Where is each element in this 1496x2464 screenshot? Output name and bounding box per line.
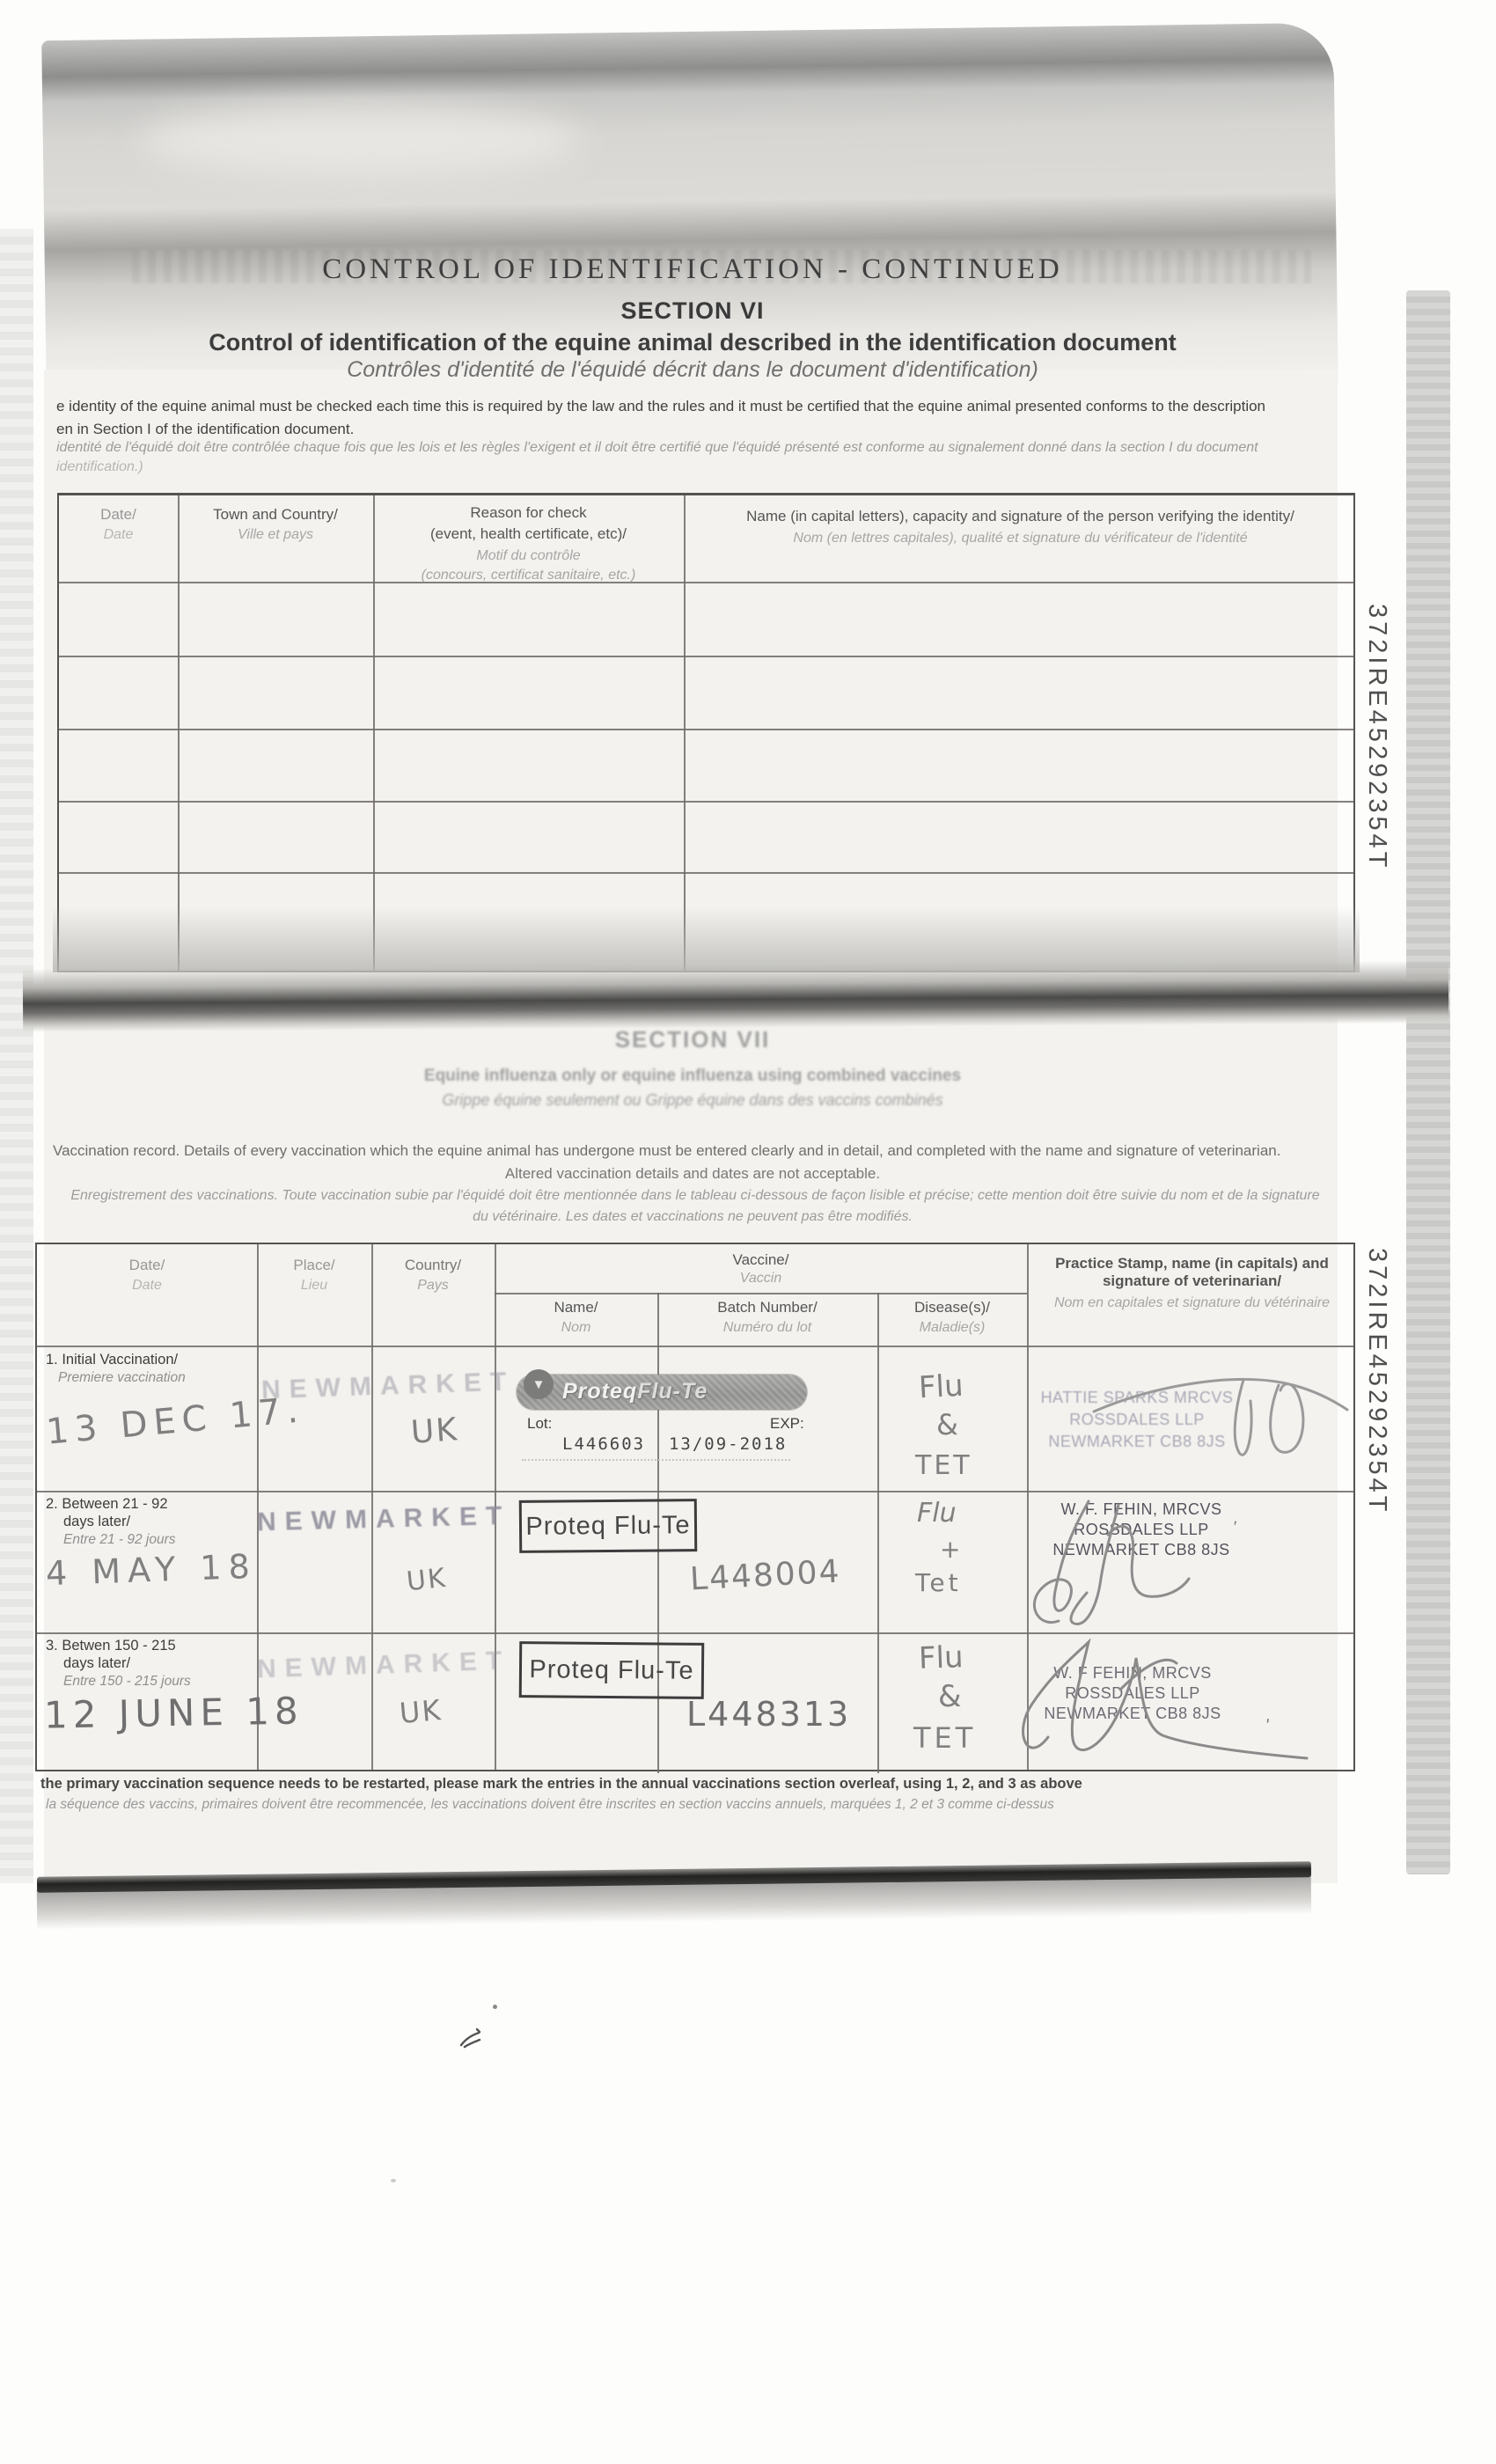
table-row-line: [37, 1346, 1353, 1347]
vaccination-table: Date/ Date Place/ Lieu Country/ Pays Vac…: [35, 1243, 1355, 1771]
row3-signature-scribble: [992, 1639, 1317, 1771]
section-vi-intro-fr-1: identité de l'équidé doit être contrôlée…: [56, 440, 1258, 456]
row1-disease-line1: Flu: [918, 1368, 964, 1406]
row1-place-stamp: NEWMARKET: [260, 1368, 481, 1406]
row3-vaccine-stamp-box: Proteq Flu-Te: [519, 1641, 705, 1699]
section-vi-intro-en-2: en in Section I of the identification do…: [56, 421, 354, 438]
row2-label-en2: days later/: [63, 1514, 130, 1530]
table-row-line: [59, 582, 1353, 583]
sticker-lot-value: L446603 13/09-2018: [562, 1434, 787, 1454]
row1-label-fr: Premiere vaccination: [58, 1370, 186, 1386]
table-row-line: [59, 801, 1353, 803]
sticker-band: ▼ ProteqFlu-Te: [517, 1375, 807, 1410]
left-page-edge-shadow: [0, 229, 33, 1883]
row3-label-en2: days later/: [63, 1655, 130, 1672]
row3-disease-line2: &: [938, 1679, 962, 1714]
ink-dot: [493, 2005, 497, 2009]
col-header-date-fr: Date: [59, 527, 178, 543]
page-fold-gutter: [23, 960, 1448, 1032]
row2-batch-handwritten: L448004: [689, 1554, 841, 1598]
table-row-line: [59, 872, 1353, 874]
identification-check-table: Date/ Date Town and Country/ Ville et pa…: [57, 493, 1355, 972]
col-header-country-fr: Pays: [371, 1278, 495, 1294]
row3-disease-line1: Flu: [918, 1639, 964, 1676]
section-vii-intro-fr-1: Enregistrement des vaccinations. Toute v…: [53, 1188, 1338, 1204]
col-header-date-en: Date/: [59, 506, 178, 524]
col-header-batch-en: Batch Number/: [657, 1299, 877, 1316]
passport-number-vertical: 372IRE45292354T: [1362, 604, 1391, 870]
row2-disease-line2: +: [940, 1535, 960, 1564]
col-header-country-en: Country/: [371, 1257, 495, 1274]
row1-signature-scribble: [1089, 1360, 1353, 1475]
col-header-town-fr: Ville et pays: [178, 527, 373, 543]
scanned-passport-page: CONTROL OF IDENTIFICATION - CONTINUED SE…: [0, 0, 1496, 2464]
row3-date-handwritten: 12 JUNE 18: [44, 1689, 304, 1736]
col-header-reason-fr1: Motif du contrôle: [373, 548, 684, 564]
sticker-lot-label: Lot:: [527, 1415, 552, 1433]
table-row-line: [59, 729, 1353, 730]
sticker-brand-text: ProteqFlu-Te: [562, 1379, 708, 1404]
table-row-line: [37, 1491, 1353, 1492]
row2-place-stamp: NEWMARKET: [257, 1502, 487, 1538]
row1-country-handwritten: UK: [410, 1412, 460, 1451]
vaccine-logo-icon: ▼: [524, 1369, 554, 1399]
row2-country-handwritten: UK: [405, 1563, 448, 1598]
table-column-line: [684, 495, 686, 971]
row2-signature-scribble: [1001, 1498, 1203, 1630]
section-vii-intro-en-2: Altered vaccination details and dates ar…: [77, 1165, 1309, 1183]
col-header-batch-fr: Numéro du lot: [657, 1320, 877, 1336]
right-page-edge-shadow: [1406, 290, 1450, 1874]
section-vii-subtitle-en: Equine influenza only or equine influenz…: [77, 1067, 1309, 1086]
row3-label-en1: 3. Betwen 150 - 215: [46, 1638, 176, 1654]
footnote-en: the primary vaccination sequence needs t…: [40, 1776, 1082, 1793]
row3-disease-line3: TET: [913, 1721, 976, 1755]
section-vi-subtitle-fr: Contrôles d'identité de l'équidé décrit …: [77, 357, 1309, 383]
col-header-date-fr: Date: [37, 1278, 257, 1294]
table-column-line: [373, 495, 375, 971]
row2-date-handwritten: 4 MAY 18: [45, 1547, 257, 1593]
table-row-line: [59, 656, 1353, 657]
col-header-reason-en2: (event, health certificate, etc)/: [373, 525, 684, 543]
section-vi-subtitle-en: Control of identification of the equine …: [77, 329, 1309, 356]
row1-disease-line3: TET: [915, 1450, 972, 1481]
row1-label-en: 1. Initial Vaccination/: [46, 1352, 178, 1368]
row3-place-stamp: NEWMARKET: [256, 1646, 486, 1684]
col-header-vaccine-name-en: Name/: [495, 1299, 657, 1316]
row2-disease-line1: Flu: [917, 1498, 957, 1529]
col-header-stamp-en: Practice Stamp, name (in capitals) and s…: [1036, 1255, 1348, 1290]
col-header-place-en: Place/: [257, 1257, 371, 1274]
col-header-disease-en: Disease(s)/: [877, 1299, 1027, 1316]
col-header-disease-fr: Maladie(s): [877, 1320, 1027, 1336]
col-header-place-fr: Lieu: [257, 1278, 371, 1294]
section-vi-intro-fr-2: identification.): [56, 459, 143, 475]
faint-dot: [391, 2179, 396, 2182]
col-header-stamp-fr: Nom en capitales et signature du vétérin…: [1036, 1295, 1348, 1311]
col-header-name-en: Name (in capital letters), capacity and …: [684, 508, 1357, 525]
footnote-fr: la séquence des vaccins, primaires doive…: [46, 1797, 1054, 1813]
section-vi-label: SECTION VI: [77, 297, 1309, 325]
row2-label-fr: Entre 21 - 92 jours: [63, 1532, 176, 1548]
col-header-vaccine-en: Vaccine/: [495, 1251, 1027, 1269]
row3-country-handwritten: UK: [398, 1693, 444, 1730]
passport-number-vertical: 372IRE45292354T: [1362, 1248, 1391, 1514]
section-vi-intro-en-1: e identity of the equine animal must be …: [56, 398, 1265, 415]
col-header-reason-fr2: (concours, certificat sanitaire, etc.): [373, 568, 684, 583]
section-vii-intro-fr-2: du vétérinaire. Les dates et vaccination…: [77, 1209, 1309, 1225]
section-vii-subtitle-fr: Grippe équine seulement ou Grippe équine…: [77, 1091, 1309, 1110]
col-header-date-en: Date/: [37, 1257, 257, 1274]
row3-batch-handwritten: L448313: [686, 1695, 851, 1734]
col-header-vaccine-fr: Vaccin: [495, 1271, 1027, 1287]
table-column-line: [178, 495, 180, 971]
row2-label-en1: 2. Between 21 - 92: [46, 1496, 168, 1513]
row3-label-fr: Entre 150 - 215 jours: [63, 1674, 191, 1690]
sticker-exp-label: EXP:: [770, 1415, 804, 1433]
col-header-reason-en1: Reason for check: [373, 504, 684, 522]
pencil-smudge: [456, 2024, 486, 2054]
sticker-dotted-line: [522, 1459, 790, 1461]
scan-highlight-blob: [141, 106, 581, 176]
row1-disease-line2: &: [936, 1408, 958, 1441]
table-row-line: [37, 1632, 1353, 1634]
page-title: CONTROL OF IDENTIFICATION - CONTINUED: [77, 253, 1309, 286]
section-vii-intro-en-1: Vaccination record. Details of every vac…: [53, 1142, 1280, 1160]
table-row-line: [495, 1293, 1027, 1294]
row2-disease-line3: Tet: [915, 1568, 962, 1597]
col-header-town-en: Town and Country/: [178, 506, 373, 524]
table-column-line: [877, 1293, 879, 1773]
col-header-name-fr: Nom (en lettres capitales), qualité et s…: [684, 531, 1357, 546]
row2-vaccine-stamp-box: Proteq Flu-Te: [519, 1499, 698, 1553]
vaccine-sticker: ▼ ProteqFlu-Te Lot: EXP: L446603 13/09-2…: [517, 1375, 807, 1463]
col-header-vaccine-name-fr: Nom: [495, 1320, 657, 1336]
